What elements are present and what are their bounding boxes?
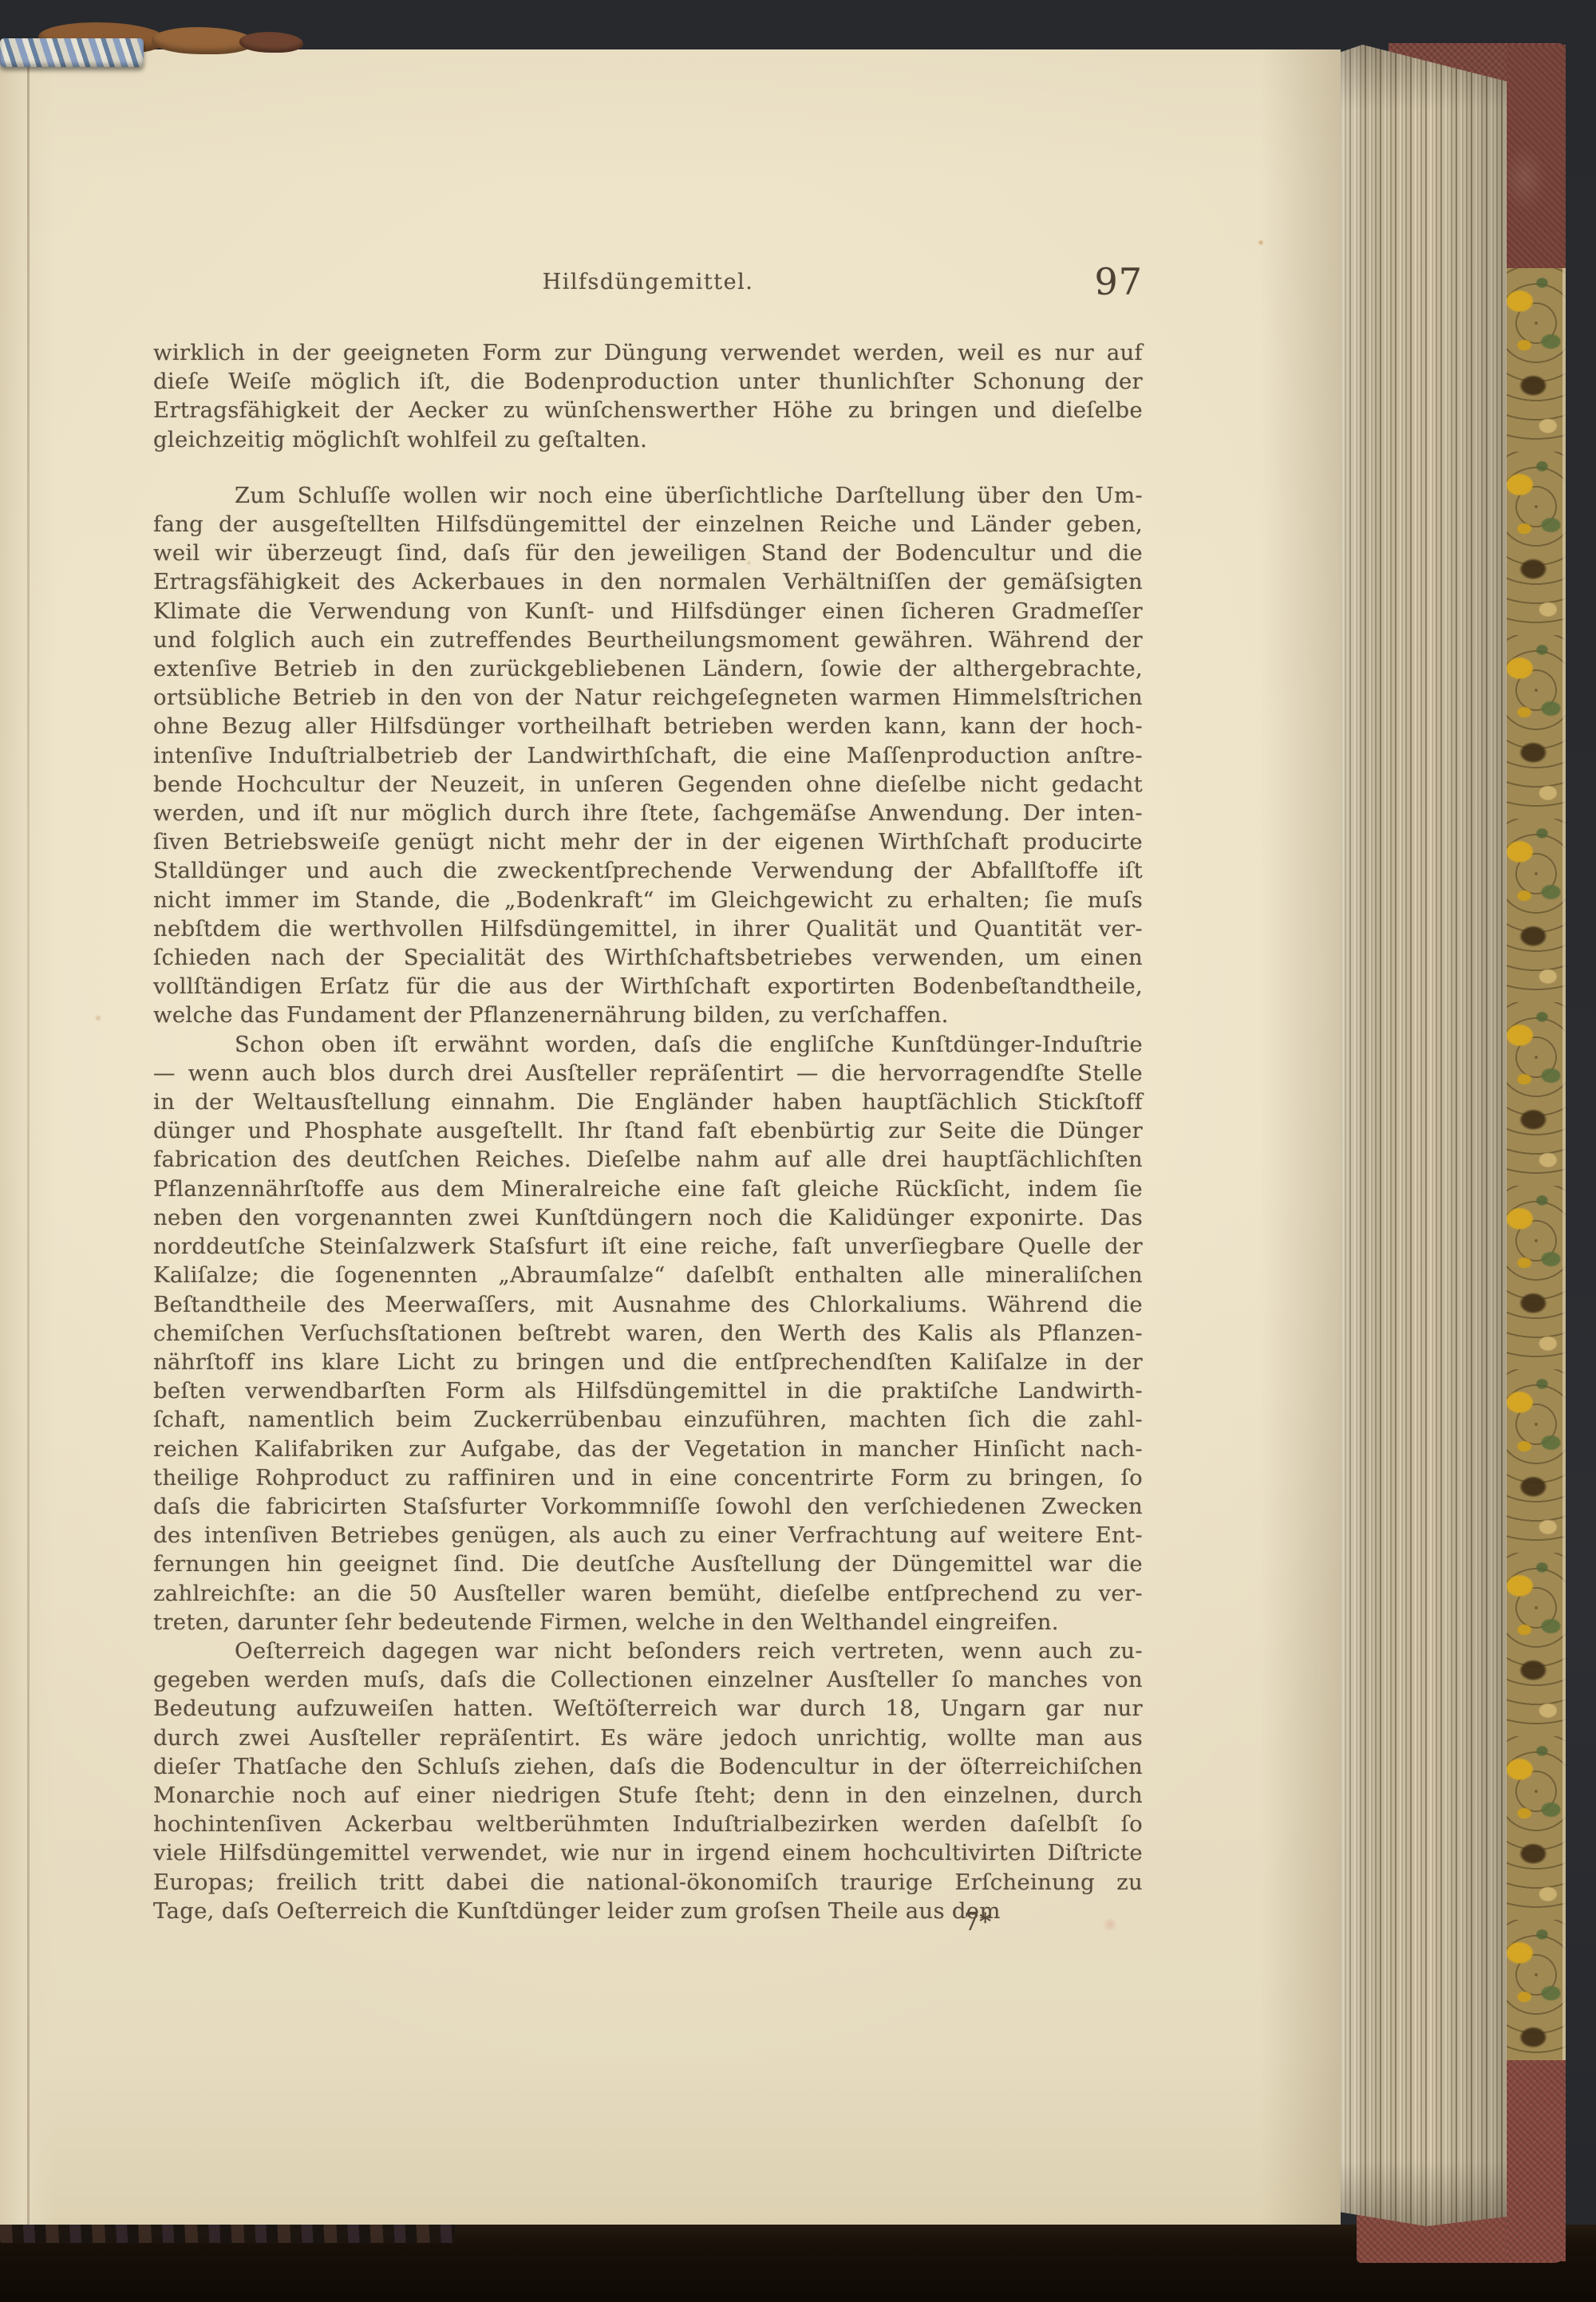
paragraph: Oeſterreich dagegen war nicht beſonders … [153, 1637, 1143, 1925]
text-line: Kaliſalze; die ſogenennten „Abraumſalze“… [153, 1261, 1143, 1289]
text-line: Stalldünger und auch die zweckentſpreche… [153, 856, 1143, 885]
text-line: Oeſterreich dagegen war nicht beſonders … [153, 1637, 1143, 1665]
text-line: und folglich auch ein zutreffendes Beurt… [153, 626, 1143, 654]
text-line: ortsübliche Betrieb in den von der Natur… [153, 683, 1143, 712]
text-line: Pflanzennährſtoffe aus dem Mineralreiche… [153, 1175, 1143, 1203]
text-line: dünger und Phosphate ausgeſtellt. Ihr ſt… [153, 1116, 1143, 1145]
text-line: Klimate die Verwendung von Kunſt- und Hi… [153, 597, 1143, 626]
text-line: ohne Bezug aller Hilfsdünger vortheilhaf… [153, 712, 1143, 740]
text-line: ſchaft, namentlich beim Zuckerrübenbau e… [153, 1405, 1143, 1434]
text-block: wirklich in der geeigneten Form zur Düng… [153, 338, 1143, 1925]
text-line: neben den vorgenannten zwei Kunſtdüngern… [153, 1203, 1143, 1232]
text-line: des intenſiven Betriebes genügen, als au… [153, 1521, 1143, 1550]
text-line: bende Hochcultur der Neuzeit, in unſeren… [153, 770, 1143, 799]
text-line: nicht immer im Stande, die „Bodenkraft“ … [153, 886, 1143, 914]
signature-mark: 7* [964, 1909, 991, 1937]
headband [0, 38, 144, 67]
fore-edge-page-stack [1339, 45, 1507, 2226]
text-line: intenſive Induſtrialbetrieb der Landwirt… [153, 741, 1143, 770]
text-line: Bedeutung aufzuweiſen hatten. Weſtöſterr… [153, 1694, 1143, 1723]
text-line: fang der ausgeſtellten Hilfsdüngemittel … [153, 510, 1143, 539]
paragraph: Zum Schluſſe wollen wir noch eine überſi… [153, 481, 1143, 1030]
text-line: durch zwei Ausſteller repräſentirt. Es w… [153, 1724, 1143, 1752]
text-line: gegeben werden muſs, daſs die Collection… [153, 1665, 1143, 1694]
text-line: gleichzeitig möglichſt wohlfeil zu geſta… [153, 425, 1143, 454]
text-line: dieſer Thatſache den Schluſs ziehen, daſ… [153, 1752, 1143, 1781]
tailband [0, 2222, 455, 2243]
text-line: fabrication des deutſchen Reiches. Dieſe… [153, 1145, 1143, 1174]
text-line: werden, und iſt nur möglich durch ihre ſ… [153, 799, 1143, 827]
running-header-title: Hilfsdüngemittel. [153, 270, 1143, 294]
book-page-photo: Hilfsdüngemittel. 97 wirklich in der gee… [0, 0, 1596, 2302]
text-line: vollſtändigen Erſatz für die aus der Wir… [153, 972, 1143, 1001]
cover-leather-bottom [1507, 2060, 1566, 2261]
text-line: Ertragsfähigkeit der Aecker zu wünſchens… [153, 396, 1143, 424]
paragraph: wirklich in der geeigneten Form zur Düng… [153, 338, 1143, 454]
text-line: welche das Fundament der Pflanzenernähru… [153, 1001, 1143, 1029]
text-line: nährſtoff ins klare Licht zu bringen und… [153, 1348, 1143, 1376]
text-line: Schon oben iſt erwähnt worden, daſs die … [153, 1030, 1143, 1059]
text-line: Europas; freilich tritt dabei die nation… [153, 1868, 1143, 1897]
text-line: viele Hilfsdüngemittel verwendet, wie nu… [153, 1838, 1143, 1867]
text-line: ſiven Betriebsweiſe genügt nicht mehr de… [153, 827, 1143, 856]
text-line: nebſtdem die werthvollen Hilfsdüngemitte… [153, 914, 1143, 943]
foxing-stain [1258, 239, 1264, 246]
cover-leather-top [1507, 45, 1566, 268]
text-line: hochintenſiven Ackerbau weltberühmten In… [153, 1810, 1143, 1838]
book-page: Hilfsdüngemittel. 97 wirklich in der gee… [0, 49, 1341, 2225]
text-line: Monarchie noch auf einer niedrigen Stufe… [153, 1781, 1143, 1810]
running-header: Hilfsdüngemittel. 97 [153, 270, 1143, 326]
spine-leather-fragment [239, 32, 303, 53]
text-line: Zum Schluſſe wollen wir noch eine überſi… [153, 481, 1143, 510]
paragraph: Schon oben iſt erwähnt worden, daſs die … [153, 1030, 1143, 1637]
cover-edge [1507, 45, 1566, 2261]
text-line: ſchieden nach der Specialität des Wirthſ… [153, 943, 1143, 972]
text-line: reichen Kalifabriken zur Aufgabe, das de… [153, 1435, 1143, 1463]
text-line: weil wir überzeugt ſind, daſs für den je… [153, 539, 1143, 567]
text-line: wirklich in der geeigneten Form zur Düng… [153, 338, 1143, 367]
text-line: treten, darunter ſehr bedeutende Firmen,… [153, 1608, 1143, 1637]
text-line: Ertragsfähigkeit des Ackerbaues in den n… [153, 567, 1143, 596]
text-line: — wenn auch blos durch drei Ausſteller r… [153, 1059, 1143, 1088]
text-line: dieſe Weiſe möglich iſt, die Bodenproduc… [153, 367, 1143, 396]
text-line: norddeutſche Steinſalzwerk Staſsfurt iſt… [153, 1232, 1143, 1261]
spine-leather-fragment [152, 27, 254, 54]
text-line: extenſive Betrieb in den zurückgeblieben… [153, 654, 1143, 683]
text-line: theilige Rohproduct zu raffiniren und in… [153, 1463, 1143, 1492]
text-line: in der Weltausſtellung einnahm. Die Engl… [153, 1088, 1143, 1116]
text-line: daſs die fabricirten Staſsfurter Vorkomm… [153, 1492, 1143, 1521]
text-line: Beſtandtheile des Meerwaſſers, mit Ausna… [153, 1290, 1143, 1319]
marbled-paper-cover [1507, 268, 1566, 2060]
foxing-stain [94, 1015, 102, 1021]
text-line: Tage, daſs Oeſterreich die Kunſtdünger l… [153, 1897, 1143, 1925]
gutter-crease [27, 49, 30, 2225]
page-number: 97 [1094, 260, 1143, 303]
text-line: fernungen hin geeignet ſind. Die deutſch… [153, 1550, 1143, 1578]
text-line: chemiſchen Verſuchsſtationen beſtrebt wa… [153, 1319, 1143, 1348]
text-line: zahlreichſte: an die 50 Ausſteller waren… [153, 1579, 1143, 1608]
text-line: beſten verwendbarſten Form als Hilfsdüng… [153, 1376, 1143, 1405]
